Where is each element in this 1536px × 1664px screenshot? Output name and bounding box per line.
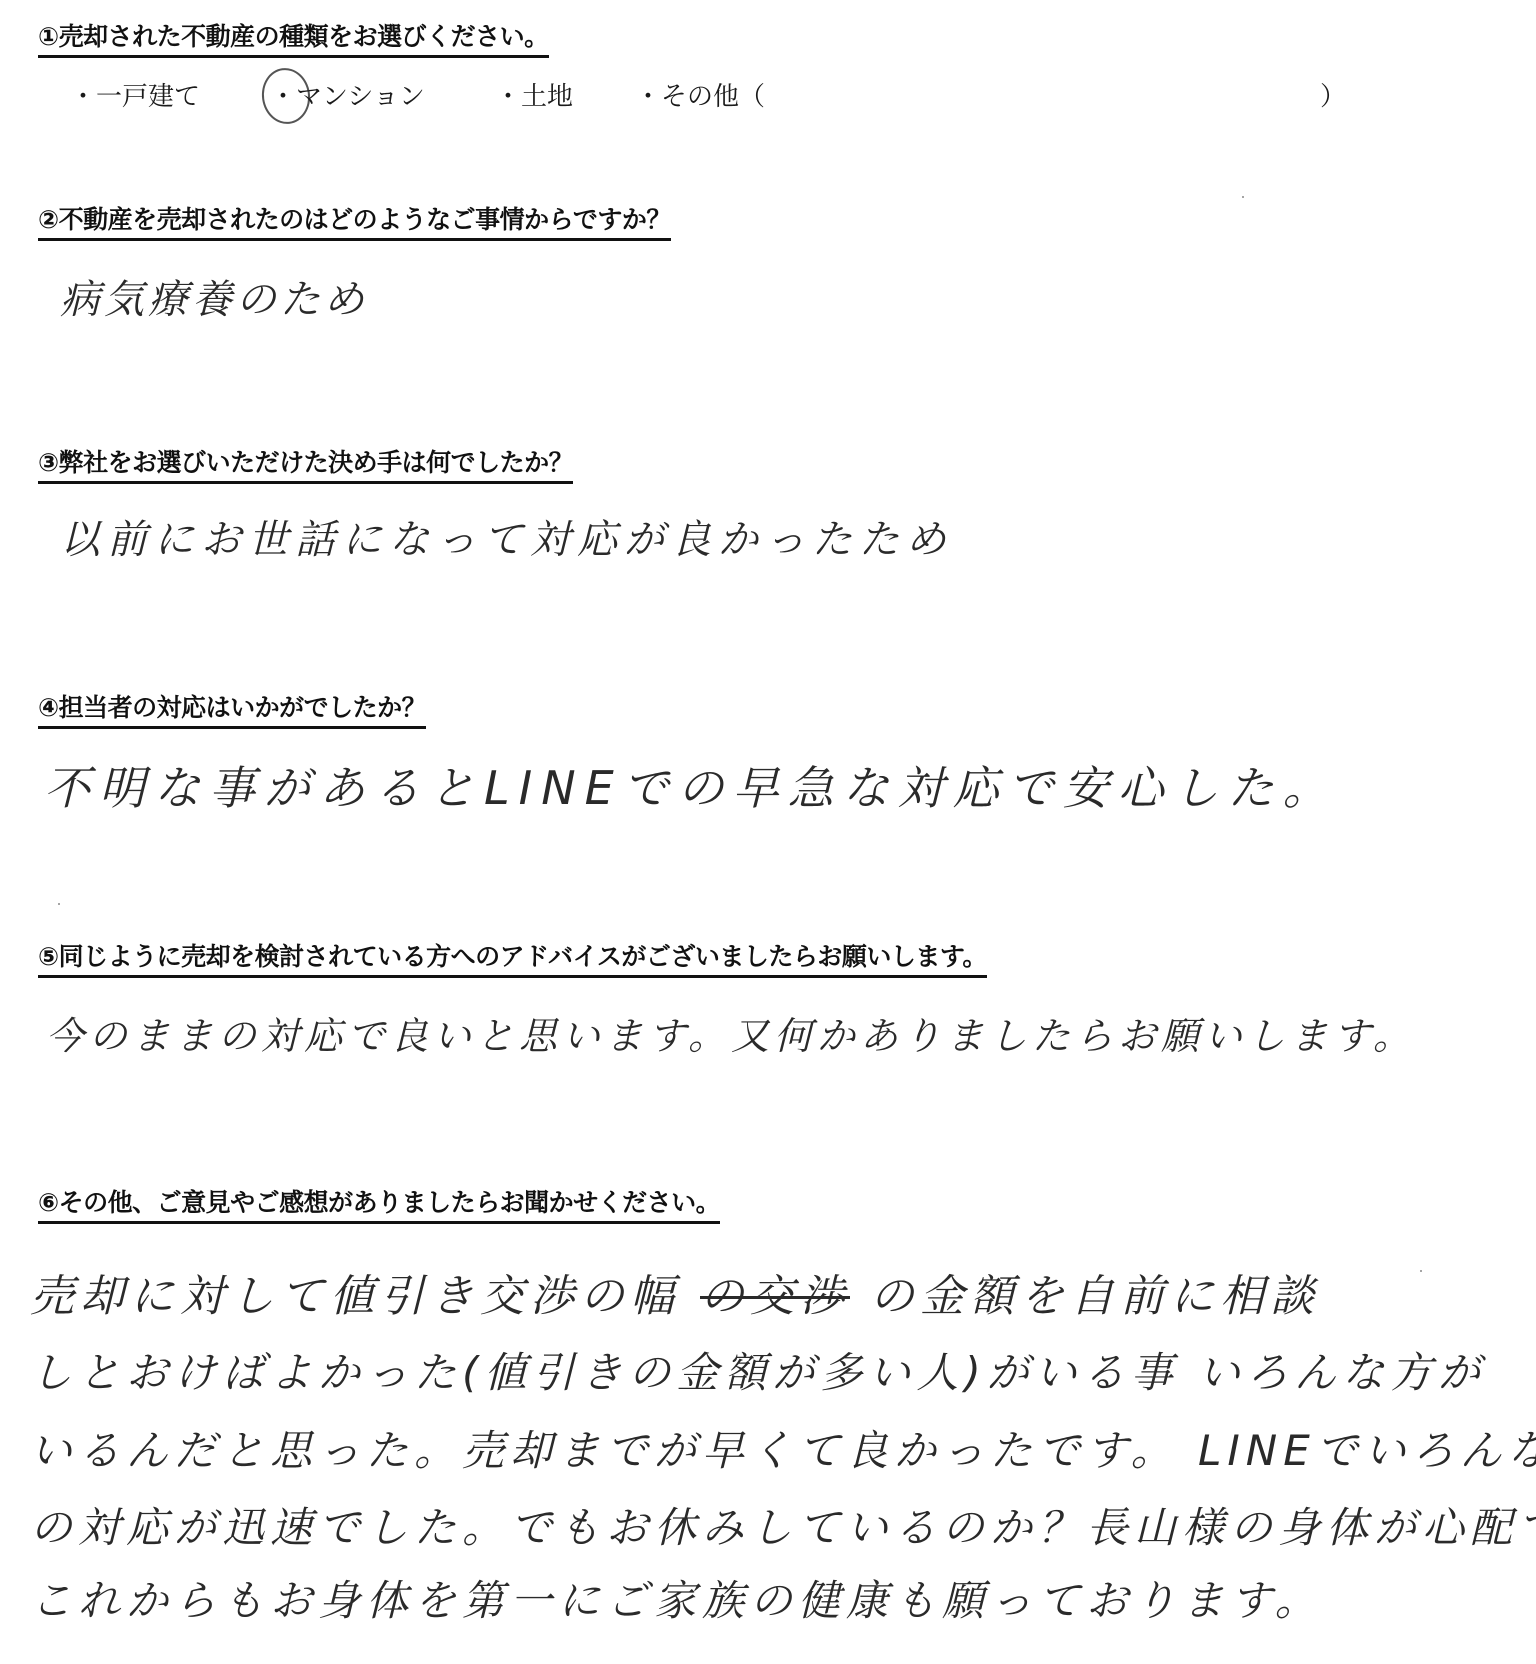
- question-1-heading: ①売却された不動産の種類をお選びください。: [38, 22, 549, 58]
- answer-5-handwritten: 今のままの対応で良いと思います。又何かありましたらお願いします。: [46, 1005, 1416, 1060]
- answer-6-line-1-text: 売却に対して値引き交渉の幅: [30, 1271, 680, 1322]
- answer-6-line-3: いるんだと思った。売却までが早くて良かったです。 LINEでいろんな質問: [30, 1418, 1536, 1478]
- answer-2-handwritten: 病気療養のため: [60, 268, 368, 325]
- question-5-heading: ⑤同じように売却を検討されている方へのアドバイスがございましたらお願いします。: [38, 942, 987, 978]
- answer-6-line-2: しとおけばよかった(値引きの金額が多い人)がいる事 いろんな方が: [30, 1340, 1486, 1400]
- question-2-heading: ②不動産を売却されたのはどのようなご事情からですか？: [38, 205, 671, 241]
- question-6-heading: ⑥その他、ご意見やご感想がありましたらお聞かせください。: [38, 1188, 720, 1224]
- answer-6-line-4: の対応が迅速でした。でもお休みしているのか？長山様の身体が心配でした。: [30, 1495, 1536, 1555]
- option-land[interactable]: ・土地: [495, 76, 573, 113]
- option-other[interactable]: ・その他（: [635, 76, 765, 113]
- answer-3-handwritten: 以前にお世話になって対応が良かったため: [60, 508, 953, 565]
- answer-6-line-5: これからもお身体を第一にご家族の健康も願っております。: [30, 1568, 1323, 1628]
- question-3-heading: ③弊社をお選びいただけた決め手は何でしたか？: [38, 448, 573, 484]
- scan-speck: [1242, 196, 1244, 198]
- property-type-options: ・一戸建て ・マンション ・土地 ・その他（ ）: [70, 76, 1360, 116]
- option-detached-house[interactable]: ・一戸建て: [70, 76, 200, 113]
- answer-6-line-1-rest: の金額を自前に相談: [870, 1271, 1320, 1322]
- option-condominium[interactable]: ・マンション: [270, 76, 425, 113]
- answer-6-struck-text: の交渉: [700, 1271, 850, 1322]
- option-other-close-paren: ）: [1320, 76, 1346, 113]
- scan-speck: [58, 903, 60, 905]
- question-4-heading: ④担当者の対応はいかがでしたか？: [38, 693, 426, 729]
- answer-6-line-1: 売却に対して値引き交渉の幅 の交渉 の金額を自前に相談: [30, 1260, 1320, 1324]
- answer-4-handwritten: 不明な事があるとLINEでの早急な対応で安心した。: [44, 752, 1338, 818]
- scan-speck: [1420, 1270, 1422, 1272]
